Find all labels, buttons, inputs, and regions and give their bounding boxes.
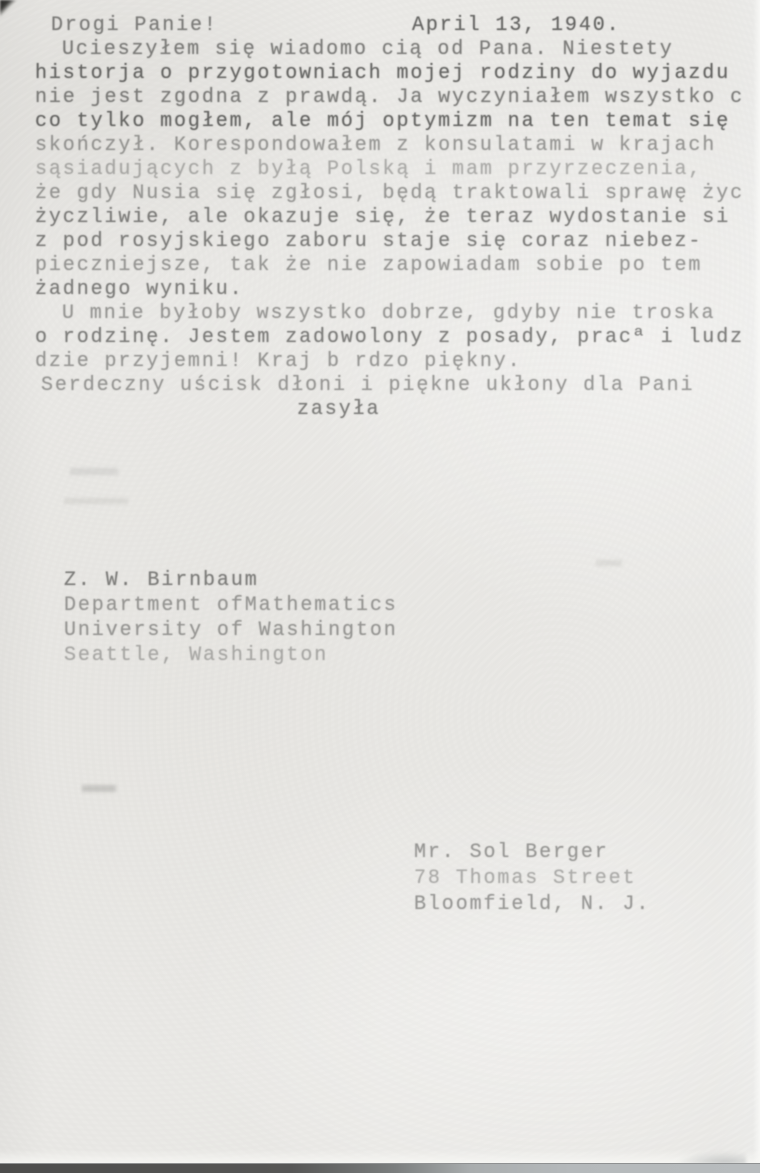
recipient-city: Bloomfield, N. J. [414,892,650,918]
letter-line: U mnie byłoby wszystko dobrze, gdyby nie… [35,302,760,326]
letter-line: pieczniejsze, tak że nie zapowiadam sobi… [35,254,760,278]
page-right-edge [753,0,760,1164]
salutation: Drogi Panie! [35,14,218,38]
page-bottom-edge-highlight [0,1150,760,1164]
sender-city: Seattle, Washington [64,643,398,668]
sender-university: University of Washington [64,618,398,643]
sender-signature-block: Z. W. Birnbaum Department ofMathematics … [64,568,398,668]
scanned-letter-page: { "letter": { "salutation": "Drogi Panie… [0,0,760,1173]
letter-line: życzliwie, ale okazuje się, że teraz wyd… [35,206,760,230]
letter-line: z pod rosyjskiego zaboru staje się coraz… [35,230,760,254]
letter-line: sąsiadujących z byłą Polską i mam przyrz… [35,158,760,182]
date-line: April 13, 1940. [412,14,621,38]
recipient-name: Mr. Sol Berger [414,840,650,866]
letter-line: nie jest zgodna z prawdą. Ja wyczyniałem… [35,86,760,110]
letter-line: żadnego wyniku. [35,278,760,302]
closing-line: Serdeczny uścisk dłoni i piękne ukłony d… [35,374,760,398]
sender-name: Z. W. Birnbaum [64,568,398,593]
letter-line: historja o przygotowniach mojej rodziny … [35,62,760,86]
letter-line: Ucieszyłem się wiadomo cią od Pana. Nies… [35,38,760,62]
letter-body: Drogi Panie! April 13, 1940. Ucieszyłem … [35,14,760,422]
scan-smudge [64,498,128,504]
scan-bottom-band [0,1163,760,1173]
letter-line: co tylko mogłem, ale mój optymizm na ten… [35,110,760,134]
letter-line: o rodzinę. Jestem zadowolony z posady, p… [35,326,760,350]
letter-line: dzie przyjemni! Kraj b rdzo piękny. [35,350,760,374]
letter-line: że gdy Nusia się zgłosi, będą traktowali… [35,182,760,206]
closing-word: zasyła [35,398,760,422]
scan-smudge [70,468,118,475]
letter-line: skończył. Korespondowałem z konsulatami … [35,134,760,158]
scan-smudge [82,785,116,792]
recipient-address-block: Mr. Sol Berger 78 Thomas Street Bloomfie… [414,840,650,918]
salutation-and-date-line: Drogi Panie! April 13, 1940. [35,14,760,38]
scan-smudge [596,560,622,566]
sender-department: Department ofMathematics [64,593,398,618]
scan-corner-mark [0,0,17,17]
recipient-street: 78 Thomas Street [414,866,650,892]
